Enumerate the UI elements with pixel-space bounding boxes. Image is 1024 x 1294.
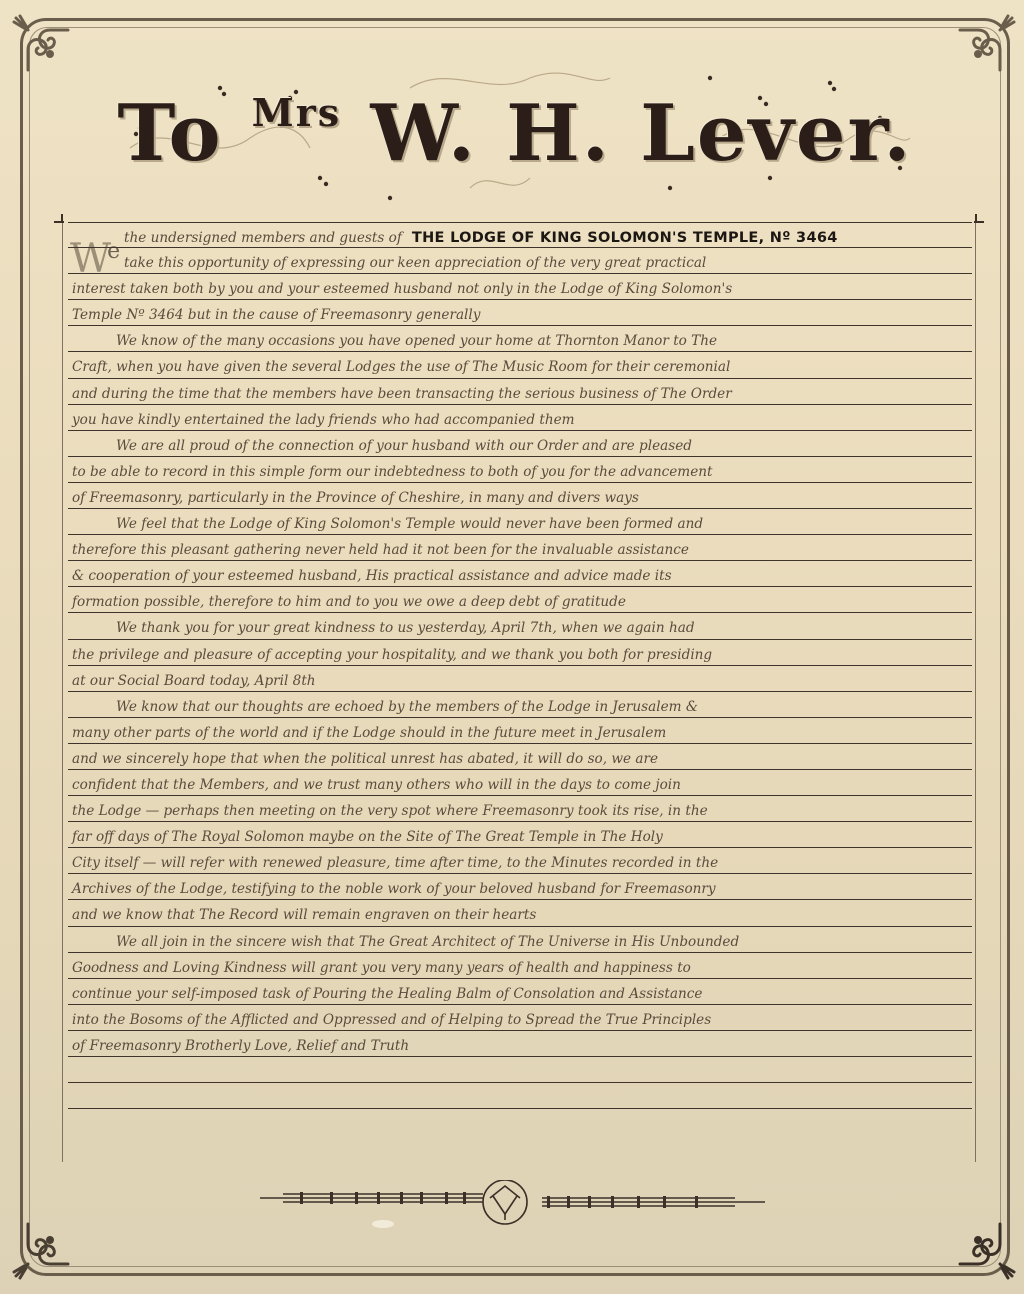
text-line: into the Bosoms of the Afflicted and Opp… (68, 1005, 972, 1031)
line-text: therefore this pleasant gathering never … (72, 542, 689, 558)
testimonial-document: To Mrs W. H. Lever. We the undersigned m… (0, 0, 1024, 1294)
text-lines: the undersigned members and guests ofTHE… (68, 222, 972, 1109)
text-line: We all join in the sincere wish that The… (68, 927, 972, 953)
line-text: far off days of The Royal Solomon maybe … (72, 829, 663, 845)
title-prefix: To (117, 88, 222, 179)
line-text: the undersigned members and guests of (124, 230, 402, 246)
text-line: therefore this pleasant gathering never … (68, 535, 972, 561)
illuminated-title: To Mrs W. H. Lever. (110, 58, 920, 208)
line-text: confident that the Members, and we trust… (72, 777, 681, 793)
text-line: Temple Nº 3464 but in the cause of Freem… (68, 300, 972, 326)
text-line: formation possible, therefore to him and… (68, 587, 972, 613)
line-text: and during the time that the members hav… (72, 386, 732, 402)
text-line: & cooperation of your esteemed husband, … (68, 561, 972, 587)
text-line: the privilege and pleasure of accepting … (68, 640, 972, 666)
line-text: formation possible, therefore to him and… (72, 594, 626, 610)
line-text: into the Bosoms of the Afflicted and Opp… (72, 1012, 711, 1028)
line-text: the privilege and pleasure of accepting … (72, 647, 712, 663)
text-line: We know of the many occasions you have o… (68, 326, 972, 352)
text-line: and during the time that the members hav… (68, 379, 972, 405)
text-line: We feel that the Lodge of King Solomon's… (68, 509, 972, 535)
corner-scroll-ornament-icon (958, 1222, 1018, 1282)
line-text: & cooperation of your esteemed husband, … (72, 568, 672, 584)
line-text: Craft, when you have given the several L… (72, 359, 730, 375)
text-line: City itself — will refer with renewed pl… (68, 848, 972, 874)
line-text: take this opportunity of expressing our … (124, 255, 706, 271)
line-text: the Lodge — perhaps then meeting on the … (72, 803, 708, 819)
text-line: and we know that The Record will remain … (68, 900, 972, 926)
corner-scroll-ornament-icon (958, 12, 1018, 72)
text-line (68, 1057, 972, 1083)
left-margin-rule (62, 222, 63, 1162)
line-text: and we know that The Record will remain … (72, 907, 536, 923)
line-text: City itself — will refer with renewed pl… (72, 855, 718, 871)
text-line: and we sincerely hope that when the poli… (68, 744, 972, 770)
text-line: many other parts of the world and if the… (68, 718, 972, 744)
line-text: We know that our thoughts are echoed by … (116, 699, 698, 715)
corner-scroll-ornament-icon (10, 1222, 70, 1282)
text-line: Craft, when you have given the several L… (68, 352, 972, 378)
line-text: We feel that the Lodge of King Solomon's… (116, 516, 703, 532)
text-line: Archives of the Lodge, testifying to the… (68, 874, 972, 900)
text-line: the Lodge — perhaps then meeting on the … (68, 796, 972, 822)
line-text: to be able to record in this simple form… (72, 464, 712, 480)
text-line: you have kindly entertained the lady fri… (68, 405, 972, 431)
right-margin-rule (975, 222, 976, 1162)
line-text: of Freemasonry Brotherly Love, Relief an… (72, 1038, 409, 1054)
recipient-title: To Mrs W. H. Lever. (117, 88, 912, 179)
line-text: We thank you for your great kindness to … (116, 620, 695, 636)
line-text: at our Social Board today, April 8th (72, 673, 316, 689)
lodge-name: THE LODGE OF KING SOLOMON'S TEMPLE, Nº 3… (412, 230, 838, 246)
text-line: confident that the Members, and we trust… (68, 770, 972, 796)
text-line: of Freemasonry, particularly in the Prov… (68, 483, 972, 509)
line-text: interest taken both by you and your este… (72, 281, 732, 297)
line-text: Goodness and Loving Kindness will grant … (72, 960, 691, 976)
line-text: continue your self-imposed task of Pouri… (72, 986, 702, 1002)
text-line: take this opportunity of expressing our … (68, 248, 972, 274)
ruled-text-area: We the undersigned members and guests of… (62, 222, 972, 1162)
text-line: the undersigned members and guests ofTHE… (68, 222, 972, 248)
text-line: We know that our thoughts are echoed by … (68, 692, 972, 718)
text-line: Goodness and Loving Kindness will grant … (68, 953, 972, 979)
photo-glare (372, 1220, 394, 1228)
text-line: We thank you for your great kindness to … (68, 613, 972, 639)
text-line: interest taken both by you and your este… (68, 274, 972, 300)
text-line: continue your self-imposed task of Pouri… (68, 979, 972, 1005)
corner-tick (61, 214, 63, 222)
corner-tick (975, 214, 977, 222)
line-text: We know of the many occasions you have o… (116, 333, 717, 349)
text-line: of Freemasonry Brotherly Love, Relief an… (68, 1031, 972, 1057)
line-text: We are all proud of the connection of yo… (116, 438, 692, 454)
text-line (68, 1083, 972, 1109)
corner-scroll-ornament-icon (10, 12, 70, 72)
title-name: W. H. Lever. (370, 88, 912, 179)
line-text: We all join in the sincere wish that The… (116, 934, 739, 950)
text-line: far off days of The Royal Solomon maybe … (68, 822, 972, 848)
line-text: you have kindly entertained the lady fri… (72, 412, 575, 428)
title-honorific: Mrs (252, 90, 341, 135)
text-line: at our Social Board today, April 8th (68, 666, 972, 692)
line-text: of Freemasonry, particularly in the Prov… (72, 490, 639, 506)
line-text: Archives of the Lodge, testifying to the… (72, 881, 716, 897)
line-text: Temple Nº 3464 but in the cause of Freem… (72, 307, 480, 323)
text-line: We are all proud of the connection of yo… (68, 431, 972, 457)
line-text: many other parts of the world and if the… (72, 725, 666, 741)
square-and-compasses-divider-icon (255, 1180, 770, 1230)
line-text: and we sincerely hope that when the poli… (72, 751, 658, 767)
text-line: to be able to record in this simple form… (68, 457, 972, 483)
